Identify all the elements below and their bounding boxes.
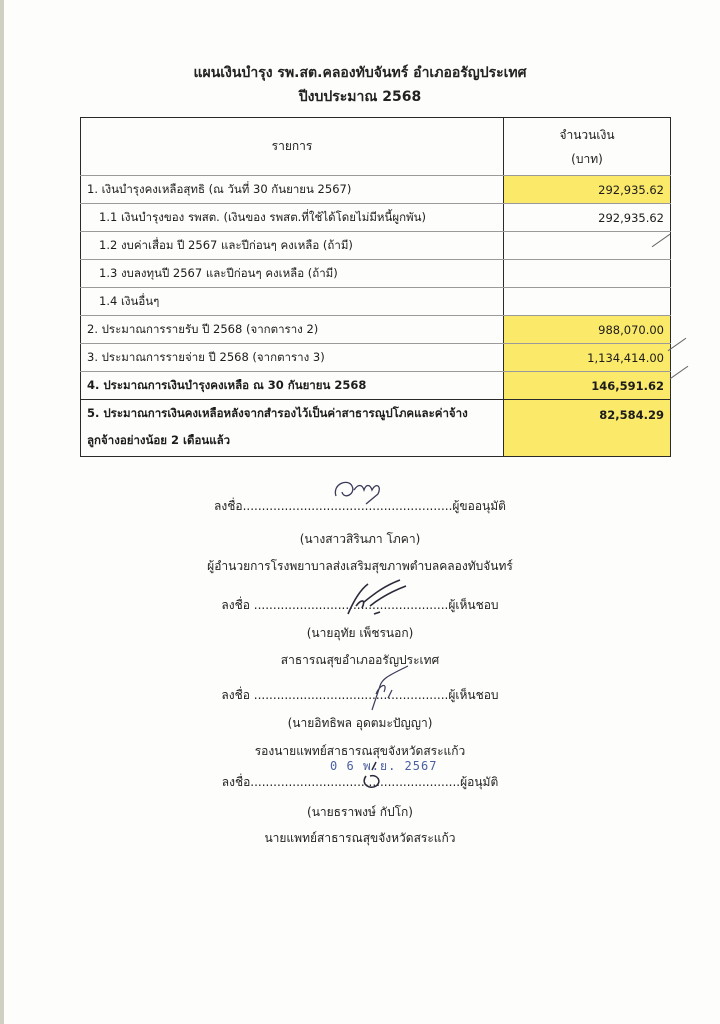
row-amount: 292,935.62 xyxy=(504,204,671,232)
row-amount xyxy=(504,260,671,288)
handwritten-signature-icon xyxy=(340,576,410,620)
document-title: แผนเงินบำรุง รพ.สต.คลองทับจันทร์ อำเภออร… xyxy=(0,62,720,84)
header-amount-line1: จำนวนเงิน xyxy=(510,123,664,147)
row-label: 2. ประมาณการรายรับ ปี 2568 (จากตาราง 2) xyxy=(81,316,504,344)
header-item: รายการ xyxy=(81,118,504,176)
row-label: 4. ประมาณการเงินบำรุงคงเหลือ ณ 30 กันยาย… xyxy=(81,372,504,400)
row-label: 1. เงินบำรุงคงเหลือสุทธิ (ณ วันที่ 30 กั… xyxy=(81,176,504,204)
row-label: 5. ประมาณการเงินคงเหลือหลังจากสำรองไว้เป… xyxy=(81,400,504,457)
table-row: 1.2 งบค่าเสื่อม ปี 2567 และปีก่อนๆ คงเหล… xyxy=(81,232,671,260)
table-header-row: รายการ จำนวนเงิน (บาท) xyxy=(81,118,671,176)
table-row: 4. ประมาณการเงินบำรุงคงเหลือ ณ 30 กันยาย… xyxy=(81,372,671,400)
budget-plan-table: รายการ จำนวนเงิน (บาท) 1. เงินบำรุงคงเหล… xyxy=(80,117,671,457)
row-label: 1.1 เงินบำรุงของ รพสต. (เงินของ รพสต.ที่… xyxy=(81,204,504,232)
row-amount xyxy=(504,232,671,260)
document-subtitle-fiscal-year: ปีงบประมาณ 2568 xyxy=(0,86,720,108)
row-label: 1.2 งบค่าเสื่อม ปี 2567 และปีก่อนๆ คงเหล… xyxy=(81,232,504,260)
row-label: 1.3 งบลงทุนปี 2567 และปีก่อนๆ คงเหลือ (ถ… xyxy=(81,260,504,288)
table-row: 1.4 เงินอื่นๆ xyxy=(81,288,671,316)
row-amount xyxy=(504,288,671,316)
table-row: 1. เงินบำรุงคงเหลือสุทธิ (ณ วันที่ 30 กั… xyxy=(81,176,671,204)
row-amount: 988,070.00 xyxy=(504,316,671,344)
signer-name: (นายอิทธิพล อุดตมะปัญญา) xyxy=(0,714,720,733)
table-row: 1.1 เงินบำรุงของ รพสต. (เงินของ รพสต.ที่… xyxy=(81,204,671,232)
handwritten-signature-icon xyxy=(356,758,390,792)
row-amount: 292,935.62 xyxy=(504,176,671,204)
header-amount-line2: (บาท) xyxy=(510,147,664,171)
row-amount: 82,584.29 xyxy=(504,400,671,457)
check-mark-icon xyxy=(670,366,689,379)
row-amount: 1,134,414.00 xyxy=(504,344,671,372)
table-row: 5. ประมาณการเงินคงเหลือหลังจากสำรองไว้เป… xyxy=(81,400,671,457)
row-label: 3. ประมาณการรายจ่าย ปี 2568 (จากตาราง 3) xyxy=(81,344,504,372)
table-row: 3. ประมาณการรายจ่าย ปี 2568 (จากตาราง 3)… xyxy=(81,344,671,372)
row-label: 1.4 เงินอื่นๆ xyxy=(81,288,504,316)
table-row: 2. ประมาณการรายรับ ปี 2568 (จากตาราง 2) … xyxy=(81,316,671,344)
signer-name: (นางสาวสิรินภา โภคา) xyxy=(0,530,720,549)
signer-name: (นายธราพงษ์ กัปโก) xyxy=(0,803,720,822)
signer-position: ผู้อำนวยการโรงพยาบาลส่งเสริมสุขภาพตำบลคล… xyxy=(0,557,720,576)
signer-position: นายแพทย์สาธารณสุขจังหวัดสระแก้ว xyxy=(0,829,720,848)
handwritten-signature-icon xyxy=(330,474,390,510)
handwritten-signature-icon xyxy=(352,664,412,714)
row-amount: 146,591.62 xyxy=(504,372,671,400)
header-amount: จำนวนเงิน (บาท) xyxy=(504,118,671,176)
signer-name: (นายอุทัย เพ็ชรนอก) xyxy=(0,624,720,643)
table-row: 1.3 งบลงทุนปี 2567 และปีก่อนๆ คงเหลือ (ถ… xyxy=(81,260,671,288)
